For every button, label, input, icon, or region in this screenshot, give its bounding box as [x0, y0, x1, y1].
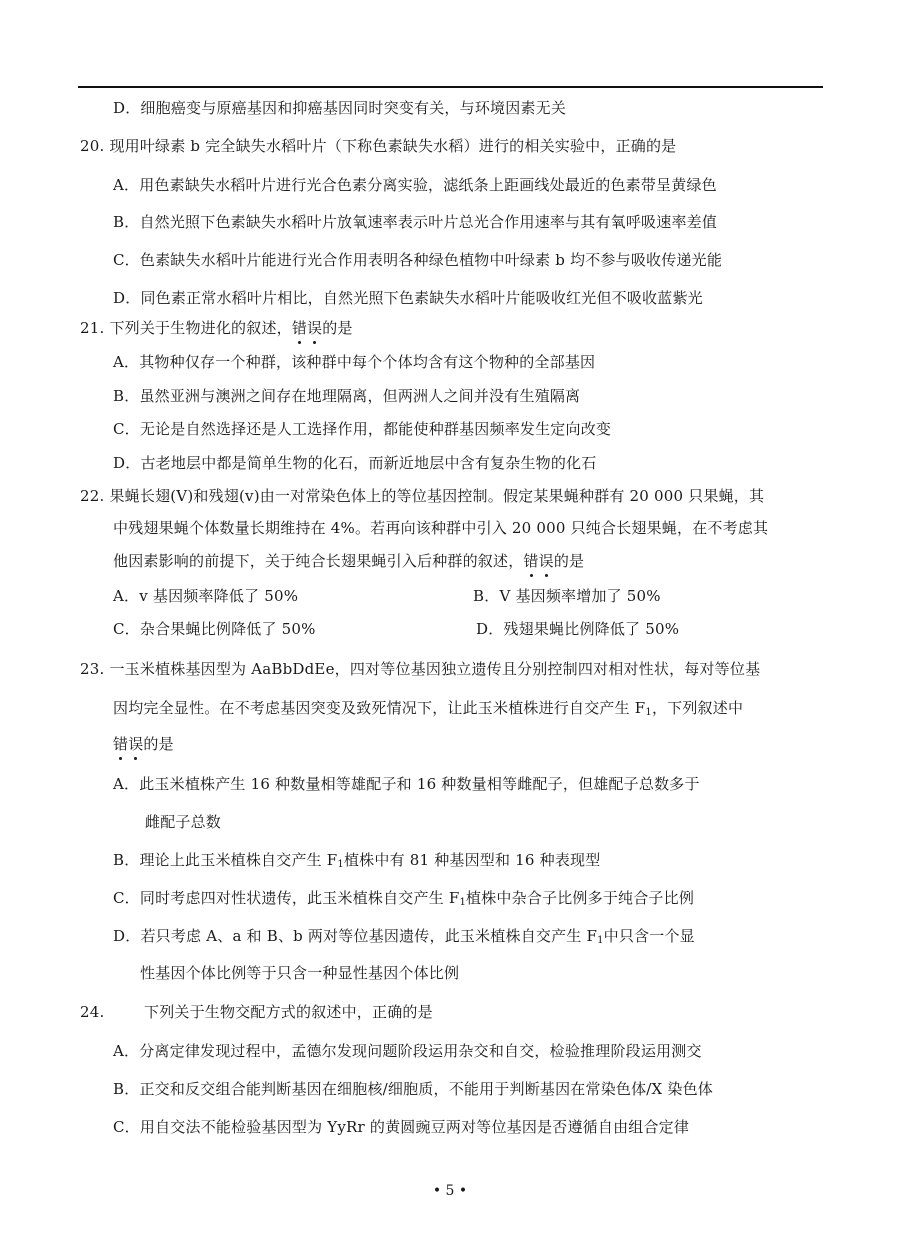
q23-option-c[interactable]: C．同时考虑四对性状遗传，此玉米植株自交产生 F1植株中杂合子比例多于纯合子比例: [113, 888, 694, 913]
q23-stem-line-2: 因均完全显性。在不考虑基因突变及致死情况下，让此玉米植株进行自交产生 F1，下列…: [113, 698, 743, 723]
option-label: B．: [113, 851, 139, 869]
option-label: A．: [113, 353, 139, 371]
option-text: 虽然亚洲与澳洲之间存在地理隔离，但两洲人之间并没有生殖隔离: [139, 387, 580, 405]
q20-stem: 20. 现用叶绿素 b 完全缺失水稻叶片（下称色素缺失水稻）进行的相关实验中，正…: [80, 136, 676, 156]
emphasis-char: 误: [307, 318, 322, 338]
option-label: B．: [113, 213, 139, 231]
option-text: v 基因频率降低了 50%: [139, 587, 298, 605]
q23-stem-line-3: 错误的是: [113, 734, 174, 754]
question-number: 24.: [80, 1002, 144, 1022]
option-label: C．: [113, 620, 140, 638]
q19-option-d: D．细胞癌变与原癌基因和抑癌基因同时突变有关，与环境因素无关: [113, 98, 566, 118]
page-number: • 5 •: [0, 1182, 900, 1200]
option-text: 理论上此玉米植株自交产生 F: [139, 851, 337, 869]
q21-option-b[interactable]: B．虽然亚洲与澳洲之间存在地理隔离，但两洲人之间并没有生殖隔离: [113, 386, 580, 406]
emphasis-char: 错: [113, 734, 128, 754]
q21-option-a[interactable]: A．其物种仅存一个种群，该种群中每个个体均含有这个物种的全部基因: [113, 352, 595, 372]
q22-option-b[interactable]: B．V 基因频率增加了 50%: [473, 586, 661, 606]
question-text: 因均完全显性。在不考虑基因突变及致死情况下，让此玉米植株进行自交产生 F: [113, 699, 645, 717]
option-label: A．: [113, 1042, 139, 1060]
q20-option-a[interactable]: A．用色素缺失水稻叶片进行光合色素分离实验，滤纸条上距画线处最近的色素带呈黄绿色: [113, 175, 717, 195]
q20-option-c[interactable]: C．色素缺失水稻叶片能进行光合作用表明各种绿色植物中叶绿素 b 均不参与吸收传递…: [113, 250, 722, 270]
question-number: 21.: [80, 319, 104, 337]
emphasis-char: 误: [539, 551, 554, 571]
q20-option-d[interactable]: D．同色素正常水稻叶片相比，自然光照下色素缺失水稻叶片能吸收红光但不吸收蓝紫光: [113, 288, 703, 308]
option-text: 自然光照下色素缺失水稻叶片放氧速率表示叶片总光合作用速率与其有氧呼吸速率差值: [139, 213, 717, 231]
header-rule: [78, 86, 823, 88]
option-label: B．: [473, 587, 499, 605]
option-text: 残翅果蝇比例降低了 50%: [503, 620, 679, 638]
option-text: 植株中有 81 种基因型和 16 种表现型: [344, 851, 600, 869]
option-label: A．: [113, 176, 139, 194]
option-label: C．: [113, 1118, 140, 1136]
option-label: C．: [113, 420, 140, 438]
option-text: 同色素正常水稻叶片相比，自然光照下色素缺失水稻叶片能吸收红光但不吸收蓝紫光: [140, 289, 702, 307]
option-text: 中只含一个显: [604, 927, 695, 945]
option-text: V 基因频率增加了 50%: [499, 587, 660, 605]
q22-stem-line-1: 22. 果蝇长翅(V)和残翅(v)由一对常染色体上的等位基因控制。假定某果蝇种群…: [80, 486, 764, 506]
question-number: 23.: [80, 660, 104, 678]
q23-option-a-continued: 雌配子总数: [145, 812, 221, 832]
q22-option-c[interactable]: C．杂合果蝇比例降低了 50%: [113, 619, 316, 639]
q24-option-a[interactable]: A．分离定律发现过程中，孟德尔发现问题阶段运用杂交和自交，检验推理阶段运用测交: [113, 1041, 702, 1061]
q23-option-d[interactable]: D．若只考虑 A、a 和 B、b 两对等位基因遗传，此玉米植株自交产生 F1中只…: [113, 926, 695, 951]
option-label: C．: [113, 251, 140, 269]
q22-option-d[interactable]: D．残翅果蝇比例降低了 50%: [476, 619, 679, 639]
q23-option-d-continued: 性基因个体比例等于只含一种显性基因个体比例: [140, 963, 459, 983]
option-label: A．: [113, 775, 139, 793]
option-text: 若只考虑 A、a 和 B、b 两对等位基因遗传，此玉米植株自交产生 F: [140, 927, 597, 945]
question-text: 他因素影响的前提下，关于纯合长翅果蝇引入后种群的叙述，: [113, 552, 523, 570]
question-text: 一玉米植株基因型为 AaBbDdEe，四对等位基因独立遗传且分别控制四对相对性状…: [109, 660, 760, 678]
q23-stem-line-1: 23. 一玉米植株基因型为 AaBbDdEe，四对等位基因独立遗传且分别控制四对…: [80, 659, 760, 679]
option-text: 古老地层中都是简单生物的化石，而新近地层中含有复杂生物的化石: [140, 454, 596, 472]
q23-option-a[interactable]: A．此玉米植株产生 16 种数量相等雄配子和 16 种数量相等雌配子，但雄配子总…: [113, 774, 700, 794]
option-label: D．: [113, 927, 140, 945]
emphasis-char: 误: [128, 734, 143, 754]
q21-option-d[interactable]: D．古老地层中都是简单生物的化石，而新近地层中含有复杂生物的化石: [113, 453, 596, 473]
option-label: D．: [476, 620, 503, 638]
q20-option-b[interactable]: B．自然光照下色素缺失水稻叶片放氧速率表示叶片总光合作用速率与其有氧呼吸速率差值: [113, 212, 717, 232]
option-text: 用自交法不能检验基因型为 YyRr 的黄圆豌豆两对等位基因是否遵循自由组合定律: [140, 1118, 689, 1136]
question-text: ，下列叙述中: [652, 699, 743, 717]
question-text-end: 的是: [322, 319, 352, 337]
q22-option-a[interactable]: A．v 基因频率降低了 50%: [113, 586, 298, 606]
question-number: 22.: [80, 487, 104, 505]
option-label: C．: [113, 889, 140, 907]
question-text-end: 的是: [143, 735, 173, 753]
option-label: D．: [113, 454, 140, 472]
q22-stem-line-2: 中残翅果蝇个体数量长期维持在 4%。若再向该种群中引入 20 000 只纯合长翅…: [113, 518, 768, 538]
option-text: 其物种仅存一个种群，该种群中每个个体均含有这个物种的全部基因: [139, 353, 595, 371]
option-text: 色素缺失水稻叶片能进行光合作用表明各种绿色植物中叶绿素 b 均不参与吸收传递光能: [140, 251, 722, 269]
option-text: 同时考虑四对性状遗传，此玉米植株自交产生 F: [140, 889, 460, 907]
question-text: 下列关于生物交配方式的叙述中，正确的是: [144, 1003, 433, 1021]
option-label: D．: [113, 289, 140, 307]
q21-option-c[interactable]: C．无论是自然选择还是人工选择作用，都能使种群基因频率发生定向改变: [113, 419, 611, 439]
question-text: 下列关于生物进化的叙述，: [109, 319, 291, 337]
emphasis-char: 错: [523, 551, 538, 571]
question-text: 现用叶绿素 b 完全缺失水稻叶片（下称色素缺失水稻）进行的相关实验中，正确的是: [109, 137, 676, 155]
option-text: 正交和反交组合能判断基因在细胞核/细胞质，不能用于判断基因在常染色体/X 染色体: [139, 1080, 713, 1098]
option-text: 分离定律发现过程中，孟德尔发现问题阶段运用杂交和自交，检验推理阶段运用测交: [139, 1042, 701, 1060]
option-text: 植株中杂合子比例多于纯合子比例: [466, 889, 694, 907]
question-text-end: 的是: [554, 552, 584, 570]
option-text: 无论是自然选择还是人工选择作用，都能使种群基因频率发生定向改变: [140, 420, 611, 438]
q24-option-c[interactable]: C．用自交法不能检验基因型为 YyRr 的黄圆豌豆两对等位基因是否遵循自由组合定…: [113, 1117, 689, 1137]
q24-option-b[interactable]: B．正交和反交组合能判断基因在细胞核/细胞质，不能用于判断基因在常染色体/X 染…: [113, 1079, 713, 1099]
option-label: A．: [113, 587, 139, 605]
question-text: 果蝇长翅(V)和残翅(v)由一对常染色体上的等位基因控制。假定某果蝇种群有 20…: [109, 487, 764, 505]
option-text: 用色素缺失水稻叶片进行光合色素分离实验，滤纸条上距画线处最近的色素带呈黄绿色: [139, 176, 717, 194]
question-number: 20.: [80, 137, 104, 155]
emphasis-char: 错: [292, 318, 307, 338]
option-label: B．: [113, 387, 139, 405]
q21-stem: 21. 下列关于生物进化的叙述，错误的是: [80, 318, 353, 338]
q24-stem: 24.下列关于生物交配方式的叙述中，正确的是: [80, 1002, 433, 1022]
q23-option-b[interactable]: B．理论上此玉米植株自交产生 F1植株中有 81 种基因型和 16 种表现型: [113, 850, 600, 875]
option-text: 杂合果蝇比例降低了 50%: [140, 620, 316, 638]
option-text: 此玉米植株产生 16 种数量相等雄配子和 16 种数量相等雌配子，但雄配子总数多…: [139, 775, 699, 793]
option-label: B．: [113, 1080, 139, 1098]
q22-stem-line-3: 他因素影响的前提下，关于纯合长翅果蝇引入后种群的叙述，错误的是: [113, 551, 584, 571]
